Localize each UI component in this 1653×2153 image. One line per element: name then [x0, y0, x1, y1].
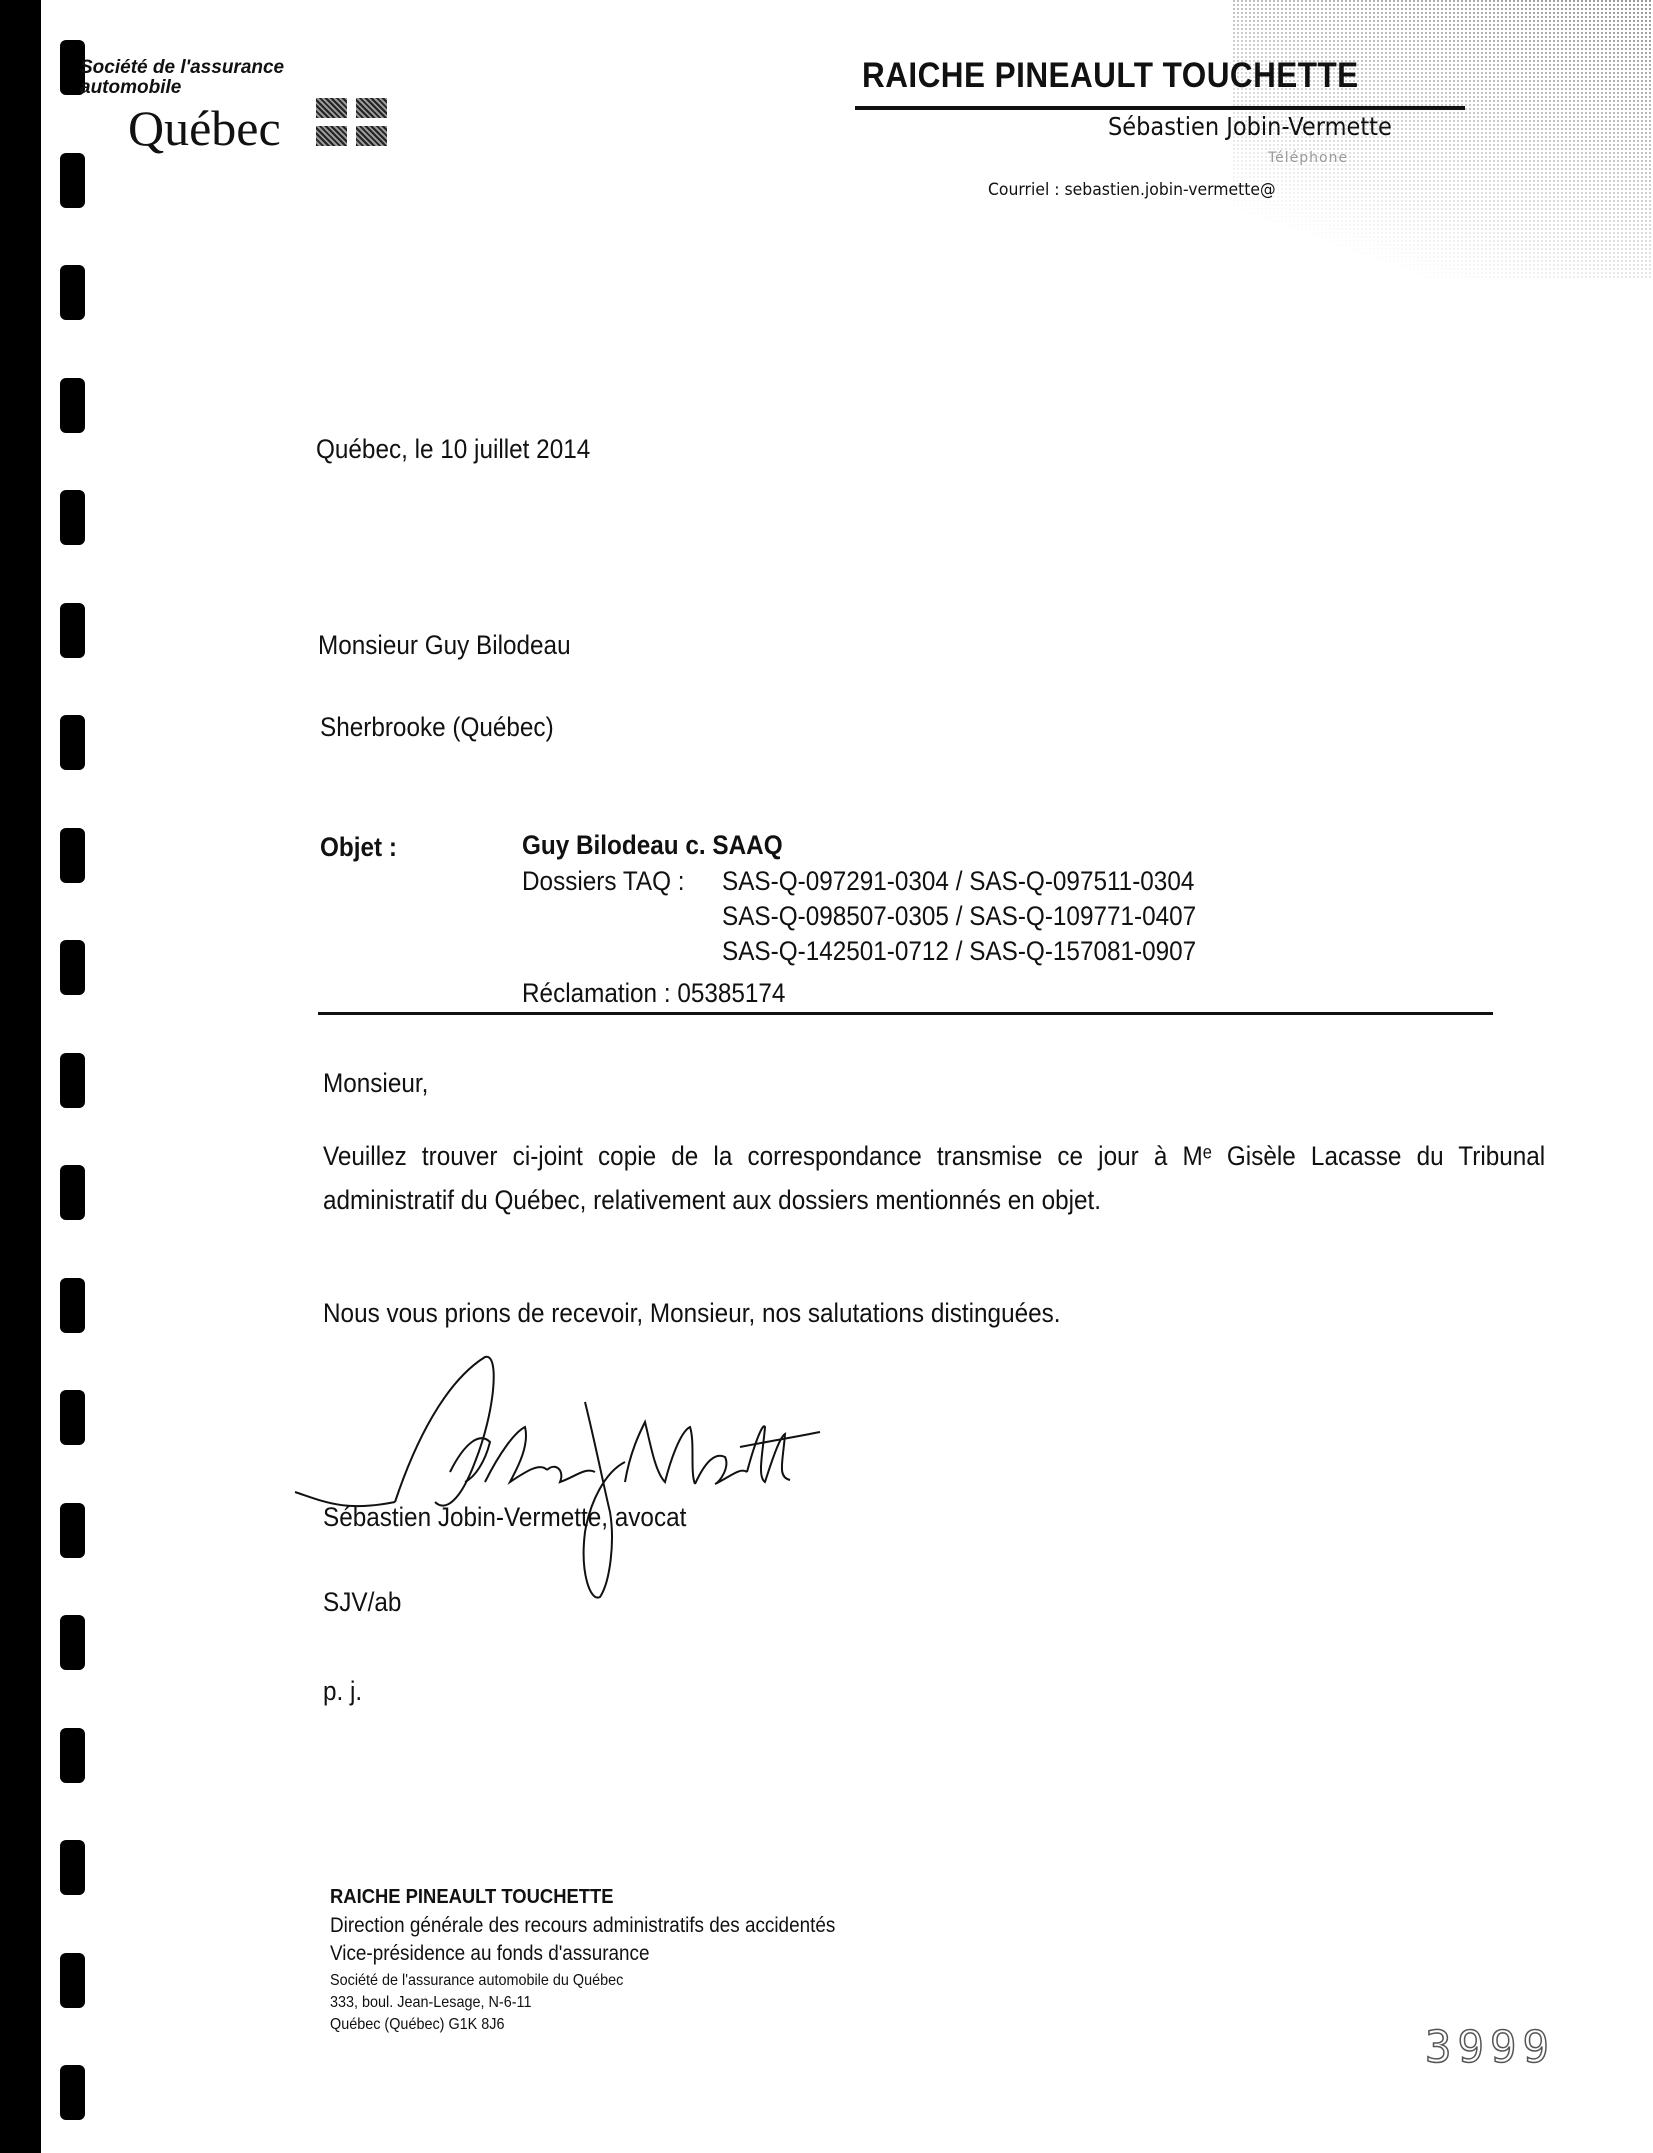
binder-hole [60, 490, 85, 545]
binder-hole [60, 1728, 85, 1783]
dossier-line: SAS-Q-098507-0305 / SAS-Q-109771-0407 [722, 899, 1196, 933]
quebec-flag-icon [316, 98, 390, 148]
binder-hole [60, 603, 85, 658]
recipient-city: Sherbrooke (Québec) [320, 710, 554, 744]
body-paragraph: Veuillez trouver ci-joint copie de la co… [323, 1134, 1545, 1222]
binder-hole [60, 2065, 85, 2120]
binder-hole [60, 940, 85, 995]
agency-name: Société de l'assurance automobile [80, 58, 284, 98]
quebec-wordmark: Québec [128, 102, 281, 154]
binder-hole [60, 1053, 85, 1108]
subject-title: Guy Bilodeau c. SAAQ [522, 828, 783, 862]
recipient-name: Monsieur Guy Bilodeau [318, 628, 571, 662]
dossier-line: SAS-Q-097291-0304 / SAS-Q-097511-0304 [722, 864, 1194, 898]
footer-address: 333, boul. Jean-Lesage, N-6-11 [330, 1994, 531, 2012]
binder-hole [60, 1165, 85, 1220]
dossiers-label: Dossiers TAQ : [522, 864, 684, 898]
reference-initials: SJV/ab [323, 1585, 401, 1619]
dossier-line: SAS-Q-142501-0712 / SAS-Q-157081-0907 [722, 934, 1196, 968]
header-rule [855, 106, 1465, 110]
email-label: Courriel : [988, 180, 1060, 200]
footer-firm: RAICHE PINEAULT TOUCHETTE [330, 1886, 614, 1909]
binder-hole [60, 1615, 85, 1670]
footer-city: Québec (Québec) G1K 8J6 [330, 2016, 505, 2034]
footer-vice-presidency: Vice-présidence au fonds d'assurance [330, 1942, 650, 1966]
enclosure-note: p. j. [323, 1674, 362, 1708]
footer-direction: Direction générale des recours administr… [330, 1914, 835, 1938]
binder-hole [60, 1953, 85, 2008]
binder-hole [60, 1278, 85, 1333]
footer-agency: Société de l'assurance automobile du Qué… [330, 1972, 623, 1990]
email-value[interactable]: sebastien.jobin-vermette@ [1065, 180, 1276, 200]
salutation: Monsieur, [323, 1066, 428, 1100]
scan-binder-edge [0, 0, 41, 2153]
signer-name: Sébastien Jobin-Vermette, avocat [323, 1500, 686, 1534]
header-phone: Téléphone [1268, 150, 1348, 166]
agency-name-line1: Société de l'assurance [80, 58, 284, 78]
firm-header: RAICHE PINEAULT TOUCHETTE [862, 56, 1359, 96]
letter-date: Québec, le 10 juillet 2014 [316, 432, 590, 466]
subject-label: Objet : [320, 830, 397, 864]
reclamation-number: Réclamation : 05385174 [522, 976, 785, 1010]
header-lawyer-name: Sébastien Jobin-Vermette [1108, 112, 1392, 141]
binder-hole [60, 1390, 85, 1445]
page-number-stamp: 3999 [1425, 2022, 1555, 2073]
binder-hole [60, 153, 85, 208]
binder-hole [60, 1840, 85, 1895]
binder-hole [60, 715, 85, 770]
binder-hole [60, 265, 85, 320]
handwritten-signature-icon [285, 1352, 825, 1612]
agency-name-line2: automobile [80, 78, 284, 98]
closing-formula: Nous vous prions de recevoir, Monsieur, … [323, 1296, 1061, 1330]
header-email: Courriel : sebastien.jobin-vermette@ [988, 180, 1276, 200]
binder-hole [60, 828, 85, 883]
binder-hole [60, 378, 85, 433]
binder-hole [60, 1503, 85, 1558]
subject-divider [318, 1012, 1493, 1015]
